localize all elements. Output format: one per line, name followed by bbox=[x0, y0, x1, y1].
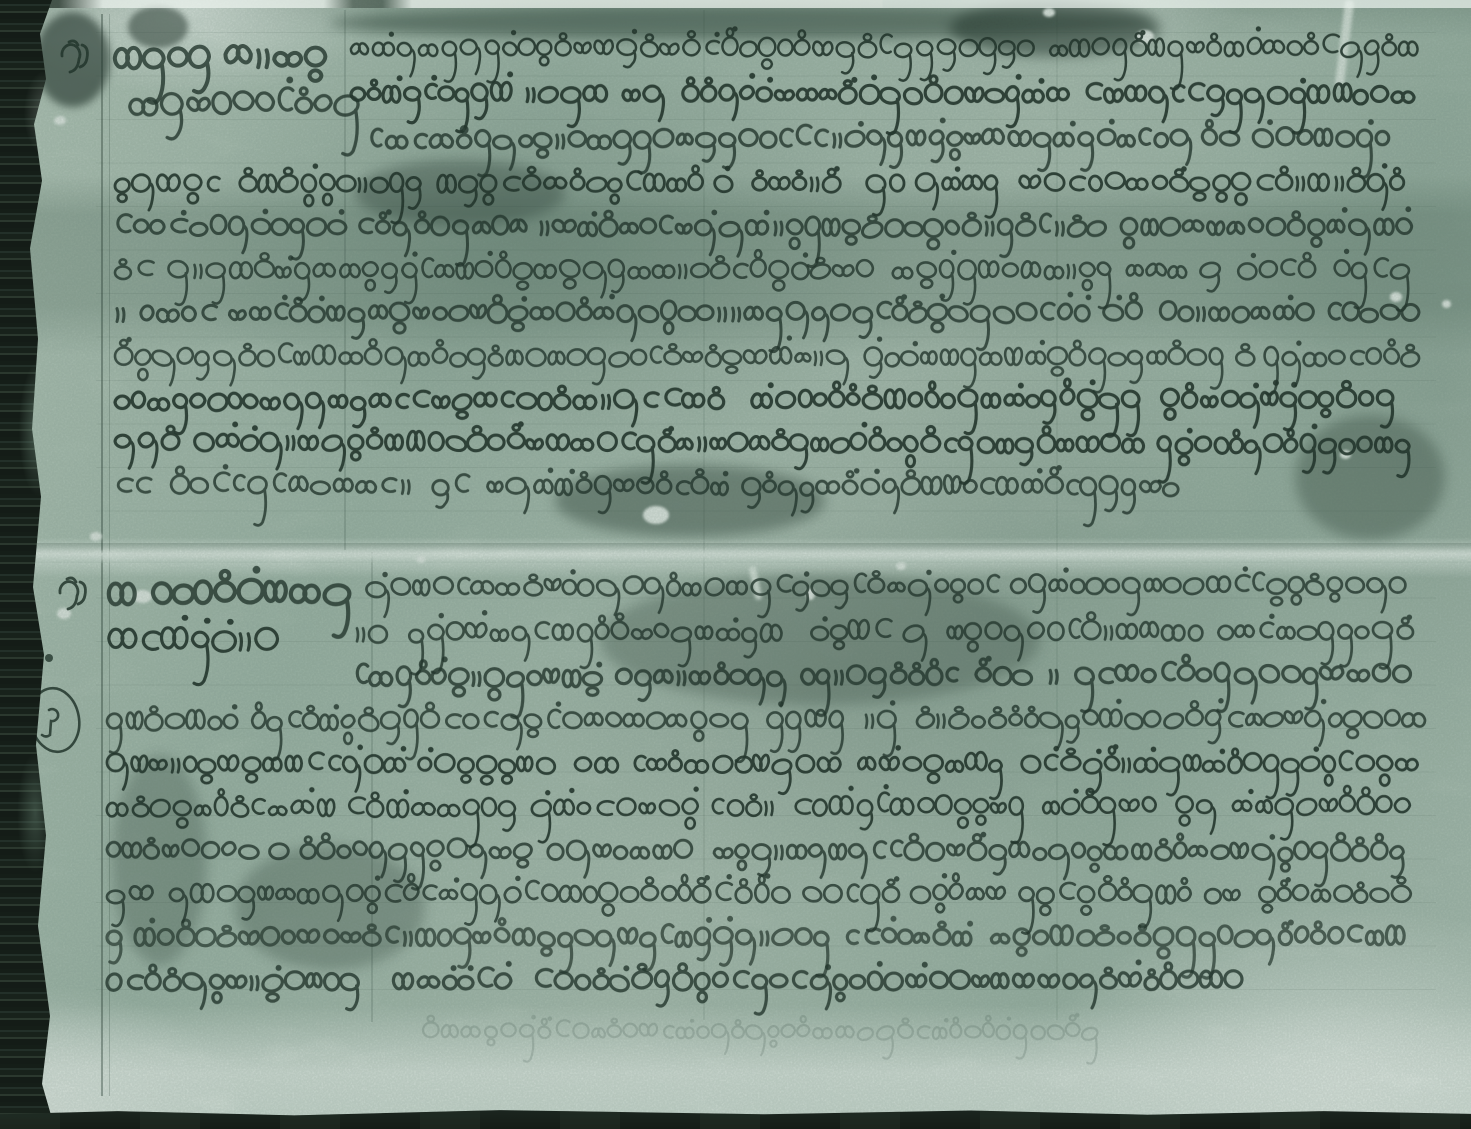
text-line bbox=[112, 210, 1414, 247]
heading-line bbox=[112, 36, 330, 83]
text-line bbox=[104, 703, 1416, 742]
text-line bbox=[112, 425, 1414, 465]
text-line bbox=[104, 964, 1246, 1002]
text-line bbox=[112, 254, 1410, 290]
photo-top-edge bbox=[0, 0, 1471, 8]
section-flourish-mark bbox=[56, 38, 100, 102]
text-line bbox=[112, 382, 1408, 421]
text-line bbox=[104, 920, 1401, 957]
text-line bbox=[348, 121, 1398, 161]
text-line bbox=[104, 834, 1416, 873]
text-layer bbox=[0, 0, 1471, 1129]
margin-dot-mark bbox=[44, 653, 54, 663]
text-line bbox=[112, 469, 1174, 507]
heading-line bbox=[106, 572, 361, 620]
text-line bbox=[104, 748, 1414, 785]
text-line bbox=[352, 615, 1410, 654]
manuscript-photo bbox=[0, 0, 1471, 1129]
text-line bbox=[348, 32, 1418, 69]
text-line bbox=[112, 341, 1412, 378]
text-line bbox=[104, 878, 1406, 914]
text-line bbox=[112, 166, 1412, 204]
text-line bbox=[420, 1018, 1110, 1049]
heading-line bbox=[106, 620, 276, 665]
text-line bbox=[352, 568, 1414, 607]
heading-line bbox=[112, 82, 352, 129]
text-line bbox=[352, 658, 1407, 698]
text-line bbox=[112, 296, 1415, 333]
text-line bbox=[348, 77, 1416, 114]
text-line bbox=[104, 789, 1411, 829]
section-flourish-mark bbox=[54, 575, 94, 635]
